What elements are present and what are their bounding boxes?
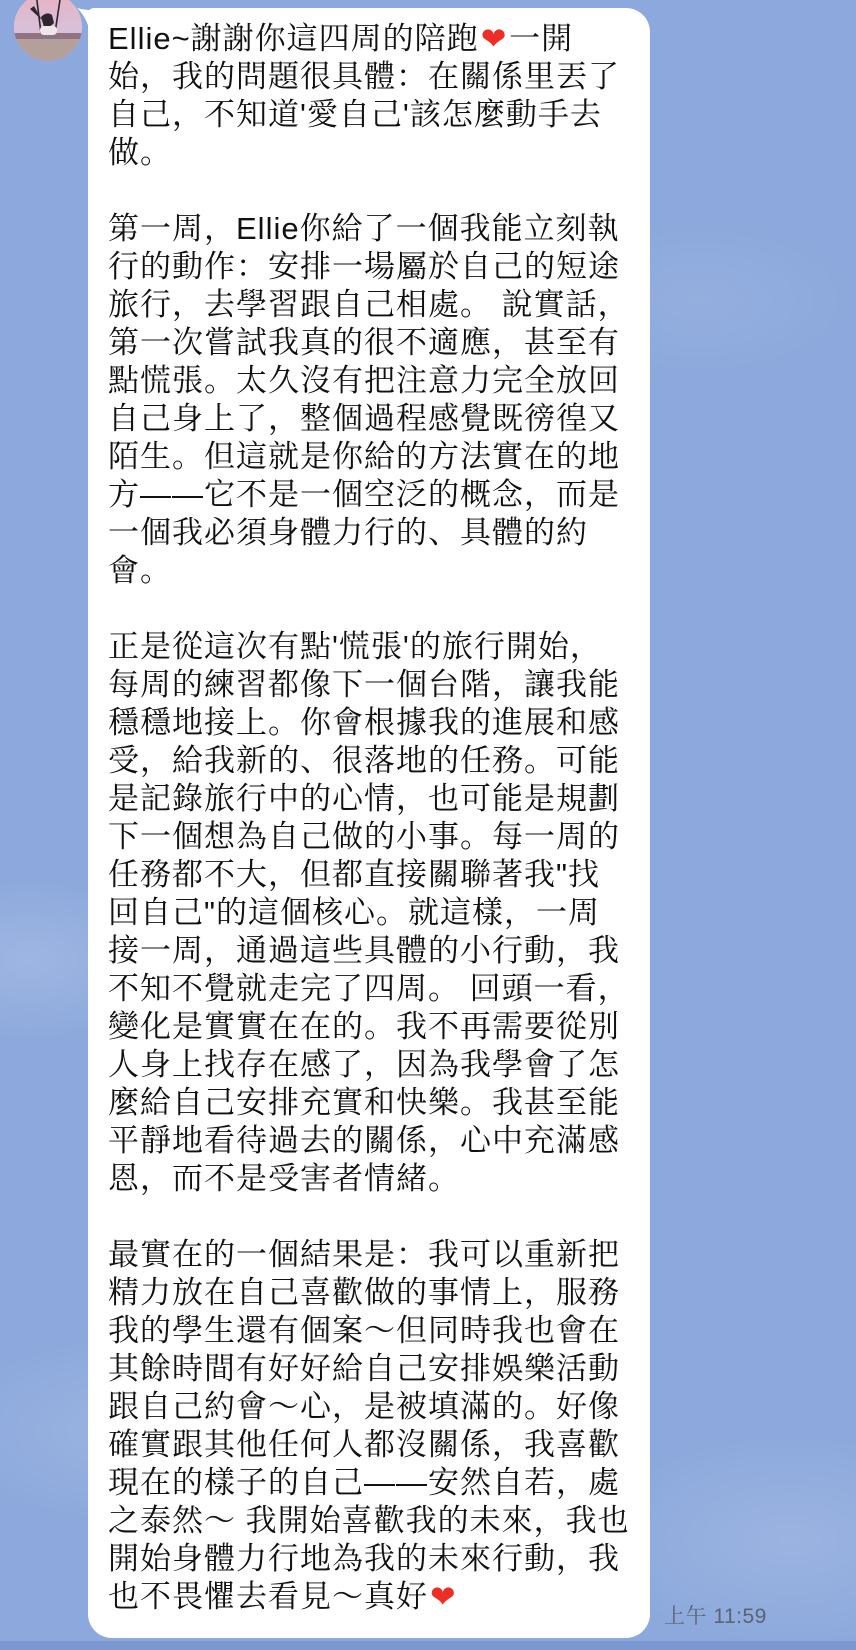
message-paragraph: 最實在的一個結果是：我可以重新把精力放在自己喜歡做的事情上，服務我的學生還有個案… (108, 1236, 630, 1616)
background-bottom-strip (0, 1641, 856, 1650)
message-paragraph: 第一周，Ellie你給了一個我能立刻執行的動作：安排一場屬於自己的短途旅行，去學… (108, 210, 630, 590)
sender-avatar[interactable] (14, 0, 82, 61)
beach-swing-photo (14, 0, 82, 61)
message-paragraphs: Ellie~謝謝你這四周的陪跑❤一開始，我的問題很具體：在關係里丟了自己，不知道… (108, 20, 630, 1616)
message-timestamp: 上午 11:59 (664, 1600, 767, 1630)
message-bubble[interactable]: Ellie~謝謝你這四周的陪跑❤一開始，我的問題很具體：在關係里丟了自己，不知道… (88, 8, 650, 1638)
red-heart-emoji: ❤ (428, 1580, 458, 1614)
message-paragraph: 正是從這次有點'慌張'的旅行開始，每周的練習都像下一個台階，讓我能穩穩地接上。你… (108, 628, 630, 1198)
bubble-tail (77, 8, 107, 50)
chat-screen: Ellie~謝謝你這四周的陪跑❤一開始，我的問題很具體：在關係里丟了自己，不知道… (0, 0, 856, 1650)
message-paragraph: Ellie~謝謝你這四周的陪跑❤一開始，我的問題很具體：在關係里丟了自己，不知道… (108, 20, 630, 172)
red-heart-emoji: ❤ (479, 22, 509, 56)
